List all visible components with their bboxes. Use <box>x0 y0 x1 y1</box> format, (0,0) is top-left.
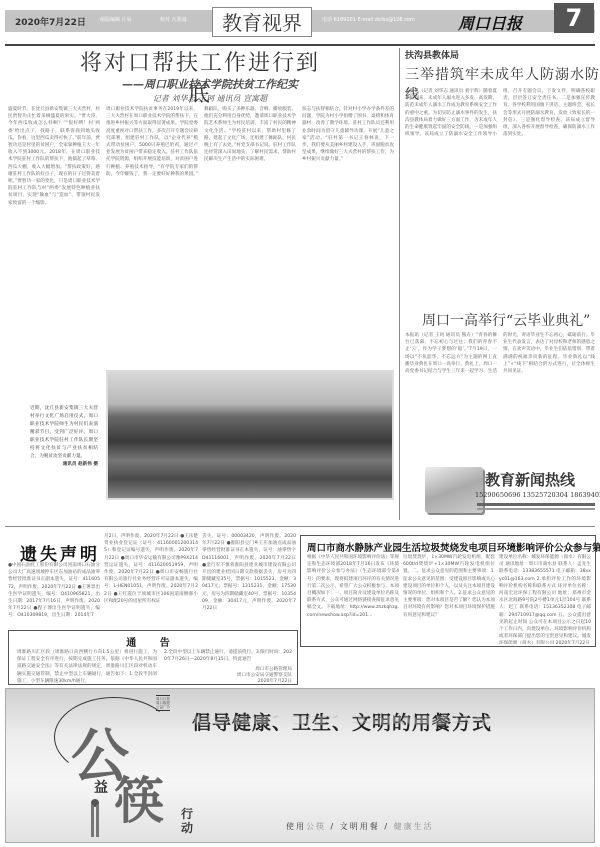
main-byline: 记者 刘华志 王珂 通讯员 宣寓超 <box>130 93 290 104</box>
footer-health: 健康生活 <box>394 822 434 831</box>
sidebar-1-body: 本报讯（记者 刘华志 通讯员 刘宇辉）随着夏季的到来，未成年人溺水进入多发、高发… <box>405 88 595 303</box>
hotline-decor-bar <box>477 508 595 510</box>
env-notice-column-2: 垃圾焚烧炉，1×30MW汽轮发电机组，配套600t/d焚烧炉+1×30MW汽轮发… <box>403 554 495 644</box>
environmental-notice-box: 周口市商水静脉产业园生活垃圾焚烧发电项目环境影响评价公众参与第二次公示 根据《中… <box>300 535 596 647</box>
photo-credit: 通讯员 赵新伟 摄 <box>30 461 98 469</box>
traffic-notice-issuers: 周口市公路管理局 周口市公安局交通警察支队 2020年7月22日 <box>164 667 292 685</box>
main-subheadline: ——周口职业技术学院扶贫工作纪实 <box>110 76 310 92</box>
lost-notices-column-3: 丢失，证号：00003420，声明作废。2020年7月22日 ●淮阳县豆门乡王庄… <box>202 533 296 627</box>
header-proof: 校对 凡骏诚 <box>160 16 187 23</box>
banner-vertical-text: 周口日报 周口晚报 公益广告 <box>156 695 170 711</box>
banner-char-kuai: 筷 <box>114 761 164 833</box>
banner-footer: 使用公筷 / 文明用餐 / 健康生活 <box>286 821 434 832</box>
traffic-notice-title: 通 告 <box>9 634 297 649</box>
newspaper-logo: 周口日报 <box>458 11 522 34</box>
footer-sep: / <box>384 822 389 831</box>
traffic-notice-column-1: 周淮路川汇区段（周淮路口向西侧行方向1.5公里）将进行施工，为保证工程安全有序进… <box>17 649 157 684</box>
page-header: 2020年7月22日 组版编辑 片易 校对 凡骏诚 教育视界 电话 618910… <box>0 0 600 48</box>
section-divider <box>5 526 595 527</box>
column-divider <box>399 48 400 520</box>
chopsticks-spoon-icon <box>88 799 102 839</box>
env-notice-column-1: 根据《中华人民共和国环境影响评价法》等规定和生态环境部2018年7月16日发布《… <box>307 554 399 644</box>
sidebar-1-kicker: 扶沟县教体局 <box>405 48 459 61</box>
news-hotline-box: 教育新闻热线 15290650696 13525720304 186394029… <box>405 467 600 517</box>
main-article-column-2: 周口职业技术学院扶贫事务在2019年以来，三大夫营村在周口职业技术学院的帮扶下，… <box>106 106 198 366</box>
footer-use: 使用 <box>286 822 306 831</box>
photo-caption: 近期，沈丘县新安集镇三大夫营村举行文化广场启用仪式。周口职业技术学院师生为村民们… <box>30 405 98 469</box>
traffic-notice-column-2: 2.全段中型以上车辆禁止通行，请提前绕行。3.限行时间：2020年7月26日—2… <box>164 649 292 667</box>
sidebar-2-body: 本报讯（记者 王珂 通讯员 熊垚）“青春的舞台已落幕，不忘初心与过往；我们的青春… <box>405 332 595 462</box>
hotline-numbers: 15290650696 13525720304 18639402986 <box>475 491 600 499</box>
issue-date: 2020年7月22日 <box>15 15 86 28</box>
hotline-decor-bar <box>477 503 595 506</box>
news-photo-crowd <box>106 370 394 500</box>
banner-char-yi: 益 <box>94 777 108 797</box>
footer-civilized: 文明用餐 <box>340 822 380 831</box>
header-editor: 组版编辑 片易 <box>100 16 132 23</box>
header-contact: 电话 6189101 E-mail zkrbs@126.com <box>322 16 415 23</box>
lost-notices-column-1: ●中国石油化工股份有限公司河南周口石油分公司大广高速项城停车区东加油站的成品油零… <box>8 562 100 627</box>
main-article-column-1: 盛夏时节，在沈丘县新安集镇三大夫营村，村民贾智功正忙着采摘盛夏的果实。“贾大哥，… <box>8 106 100 366</box>
photo-caption-text: 近期，沈丘县新安集镇三大夫营村举行文化广场启用仪式。周口职业技术学院师生为村民们… <box>30 406 98 459</box>
env-notice-column-3: 建设单位名称：城发环保能源（商水）有限公司 通讯地址：周口市商水县 联系人：孟先… <box>499 554 591 644</box>
lost-notices-column-2: 月2日，声明作废。2020年7月22日 ●王乐楚驾业执业登记证（证号：41160… <box>104 533 198 627</box>
footer-gongkuai: 公筷 <box>306 822 326 831</box>
banner-char-xingdong: 行动 <box>181 807 195 835</box>
environmental-notice-title: 周口市商水静脉产业园生活垃圾焚烧发电项目环境影响评价公众参与第二次公示 <box>307 540 600 554</box>
page-number: 7 <box>554 3 594 33</box>
books-icon <box>425 467 483 513</box>
hotline-title: 教育新闻热线 <box>485 469 575 490</box>
banner-slogan-reflection: 倡导健康、卫生、文明的用餐方式 <box>192 714 492 728</box>
main-article-column-4: 扶志与扶智相结合。针对村小学办学条件差的问题，学院为村小学捐赠了图书、桌椅和体育… <box>302 106 394 366</box>
public-chopsticks-banner: 公 益 筷 行动 周口日报 周口晚报 公益广告 倡导健康、卫生、文明的用餐方式 … <box>5 688 595 843</box>
footer-sep: / <box>331 822 336 831</box>
main-article-column-3: 舞蹈队，购买了多种乐器、音响、播放服装。他们充分利用自身优势，邀请周口职业技术学… <box>204 106 296 366</box>
sidebar-2-headline: 周口一高举行“云毕业典礼” <box>422 310 590 330</box>
issue-date: 2020年7月22日 <box>164 679 292 685</box>
traffic-notice-box: 通 告 周淮路川汇区段（周淮路口向西侧行方向1.5公里）将进行施工，为保证工程安… <box>8 630 298 685</box>
section-title: 教育视界 <box>212 7 312 37</box>
